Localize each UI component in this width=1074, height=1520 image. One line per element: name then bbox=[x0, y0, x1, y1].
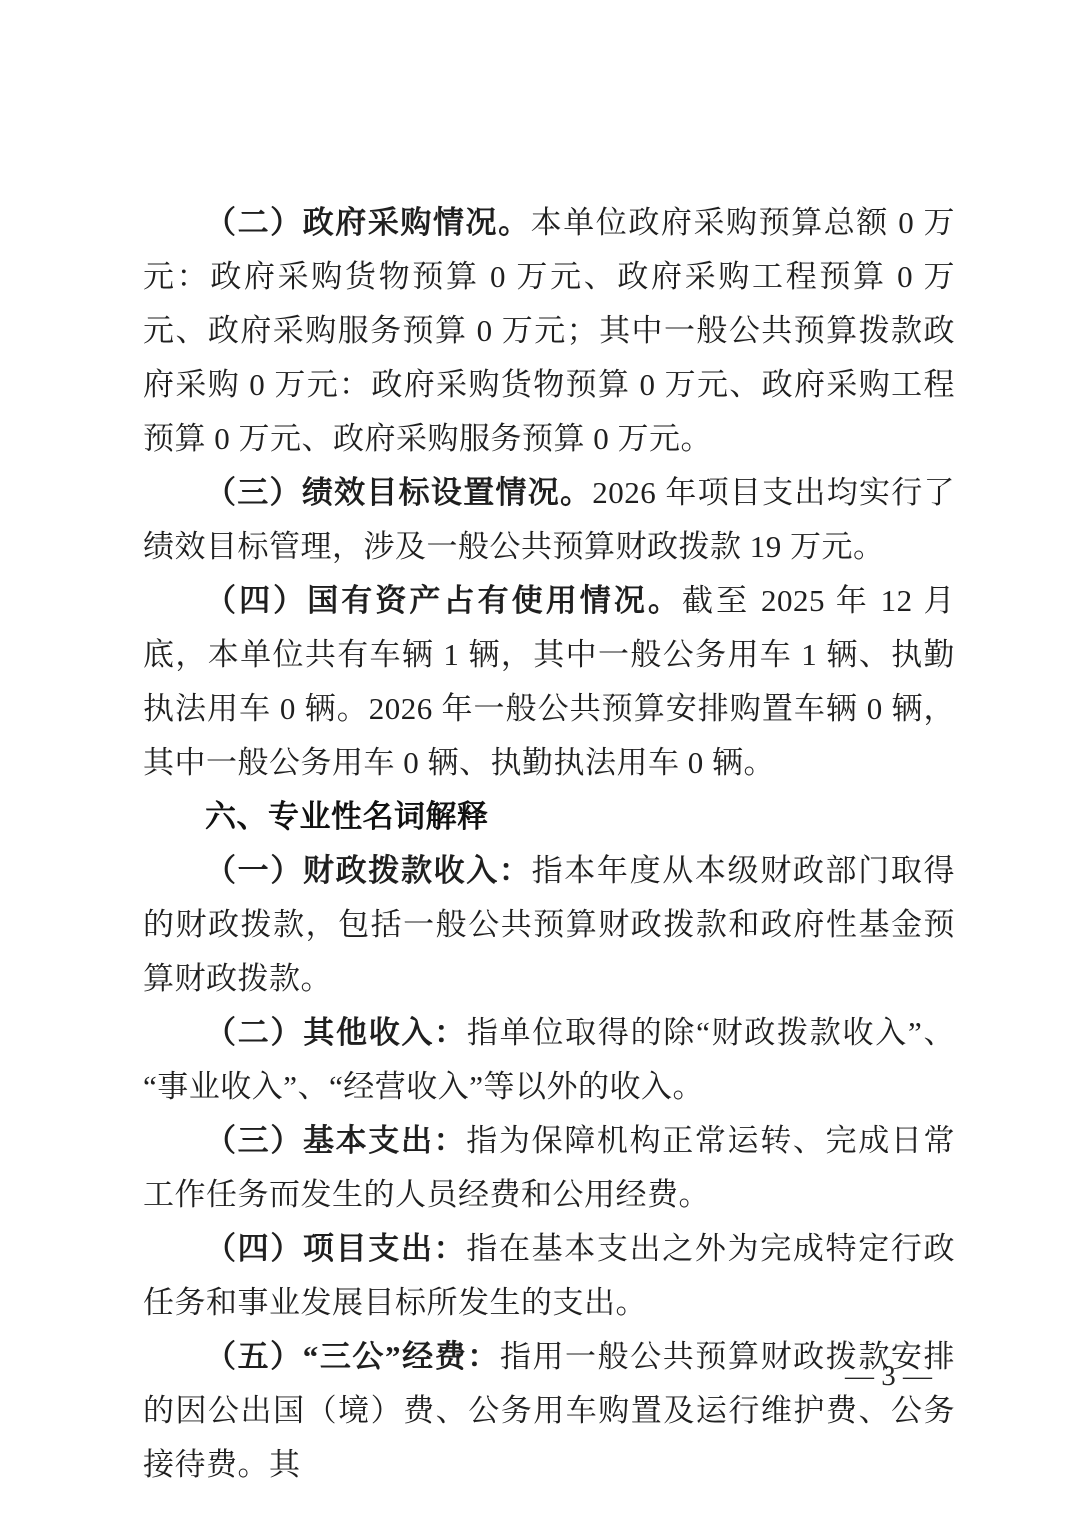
para-lead: （一）财政拨款收入： bbox=[205, 853, 532, 888]
para-def-three-public-funds: （五）“三公”经费：指用一般公共预算财政拨款安排的因公出国（境）费、公务用车购置… bbox=[143, 1330, 955, 1492]
para-gov-procurement: （二）政府采购情况。本单位政府采购预算总额 0 万元：政府采购货物预算 0 万元… bbox=[143, 196, 955, 466]
para-lead: （二）政府采购情况。 bbox=[205, 205, 531, 240]
para-performance-goal: （三）绩效目标设置情况。2026 年项目支出均实行了绩效目标管理，涉及一般公共预… bbox=[143, 466, 955, 574]
para-lead: （四）项目支出： bbox=[205, 1231, 466, 1266]
heading-terms-explanation: 六、专业性名词解释 bbox=[143, 790, 955, 844]
para-lead: （三）绩效目标设置情况。 bbox=[205, 475, 592, 510]
para-def-other-income: （二）其他收入：指单位取得的除“财政拨款收入”、“事业收入”、“经营收入”等以外… bbox=[143, 1006, 955, 1114]
para-def-basic-expenditure: （三）基本支出：指为保障机构正常运转、完成日常工作任务而发生的人员经费和公用经费… bbox=[143, 1114, 955, 1222]
para-lead: （二）其他收入： bbox=[205, 1015, 467, 1050]
para-lead: （三）基本支出： bbox=[205, 1123, 466, 1158]
para-def-project-expenditure: （四）项目支出：指在基本支出之外为完成特定行政任务和事业发展目标所发生的支出。 bbox=[143, 1222, 955, 1330]
para-lead: （四）国有资产占有使用情况。 bbox=[205, 583, 682, 618]
para-text: 本单位政府采购预算总额 0 万元：政府采购货物预算 0 万元、政府采购工程预算 … bbox=[143, 205, 955, 456]
para-def-fiscal-appropriation-income: （一）财政拨款收入：指本年度从本级财政部门取得的财政拨款，包括一般公共预算财政拨… bbox=[143, 844, 955, 1006]
document-page: （二）政府采购情况。本单位政府采购预算总额 0 万元：政府采购货物预算 0 万元… bbox=[0, 0, 1074, 1520]
page-number: — 3 — bbox=[845, 1356, 932, 1396]
para-lead: （五）“三公”经费： bbox=[205, 1339, 500, 1374]
document-body: （二）政府采购情况。本单位政府采购预算总额 0 万元：政府采购货物预算 0 万元… bbox=[143, 196, 955, 1492]
para-state-assets: （四）国有资产占有使用情况。截至 2025 年 12 月底，本单位共有车辆 1 … bbox=[143, 574, 955, 790]
